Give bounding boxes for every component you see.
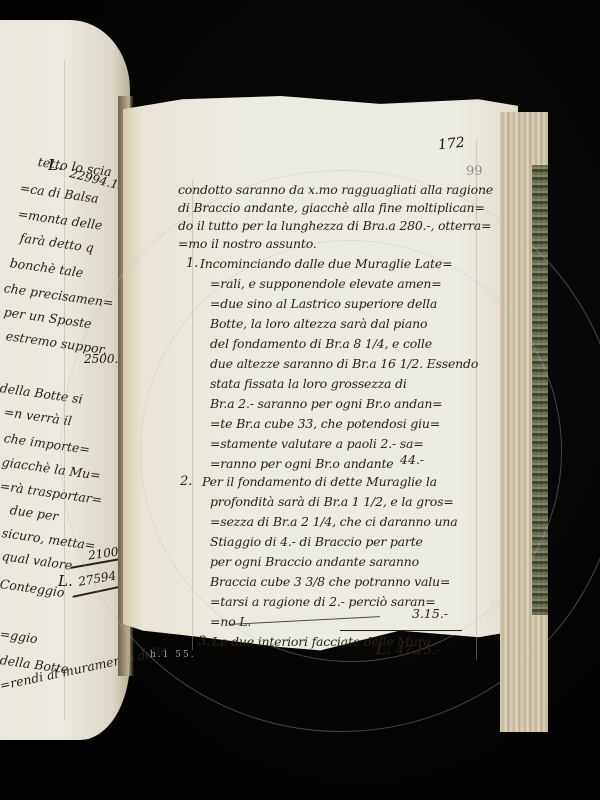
text-line: =sezza di Br.a 2 1/4, che ci daranno una [210, 514, 457, 529]
marbled-cover-edge [532, 165, 548, 615]
text-line: Stiaggio di 4.- di Braccio per parte [210, 534, 423, 549]
text-line: del fondamento di Br.a 8 1/4, e colle [210, 336, 432, 351]
text-line: Br.a 2.- saranno per ogni Br.o andan= [210, 396, 442, 411]
text-line: Per il fondamento di dette Muraglie la [202, 474, 437, 489]
text-line: Incominciando dalle due Muraglie Late= [200, 256, 452, 271]
item-number: 2. [180, 474, 192, 489]
text-line: =te Br.a cube 33, che potendosi giu= [210, 416, 440, 431]
manuscript-photo: L. 22994.15 tetto lo scia =ca di Balsa =… [0, 0, 600, 800]
text-line: =due sino al Lastrico superiore della [210, 296, 437, 311]
item-amount: 3.15.- [412, 606, 448, 621]
text-line: Botte, la loro altezza sarà dal piano [210, 316, 427, 331]
text-line: =ranno per ogni Br.o andante [210, 456, 394, 471]
text-line: stata fissata la loro grossezza di [210, 376, 407, 391]
item-number: 3. [198, 634, 210, 649]
subtotal-amount: 47.15.- [396, 642, 440, 657]
text-line: due altezze saranno di Br.a 16 1/2. Esse… [210, 356, 478, 371]
pencil-folio-number: 99 [466, 164, 483, 179]
pencil-note: h.1 55. [150, 650, 196, 660]
text-line: per ogni Braccio andante saranno [210, 554, 419, 569]
left-amount: 2500.- [84, 352, 122, 366]
text-line: do il tutto per la lunghezza di Bra.a 28… [178, 218, 491, 233]
subtotal-symbol: L. [376, 640, 391, 658]
text-line: =no L. [210, 614, 251, 629]
item-number: 1. [186, 256, 198, 271]
text-line: =rali, e supponendole elevate amen= [210, 276, 442, 291]
left-total-symbol: L. [58, 572, 73, 590]
text-line: condotto saranno da x.mo ragguagliati al… [178, 182, 493, 197]
text-line: profondità sarà di Br.a 1 1/2, e la gros… [210, 494, 454, 509]
text-line: =mo il nostro assunto. [178, 236, 317, 251]
item-amount: 44.- [400, 452, 424, 467]
text-line: di Braccio andante, giacchè alla fine mo… [178, 200, 485, 215]
text-line: Braccia cube 3 3/8 che potranno valu= [210, 574, 450, 589]
text-line: =tarsi a ragione di 2.- perciò saran= [210, 594, 436, 609]
text-line: =stamente valutare a paoli 2.- sa= [210, 436, 423, 451]
sum-rule [340, 630, 462, 631]
folio-number: 172 [437, 135, 465, 154]
